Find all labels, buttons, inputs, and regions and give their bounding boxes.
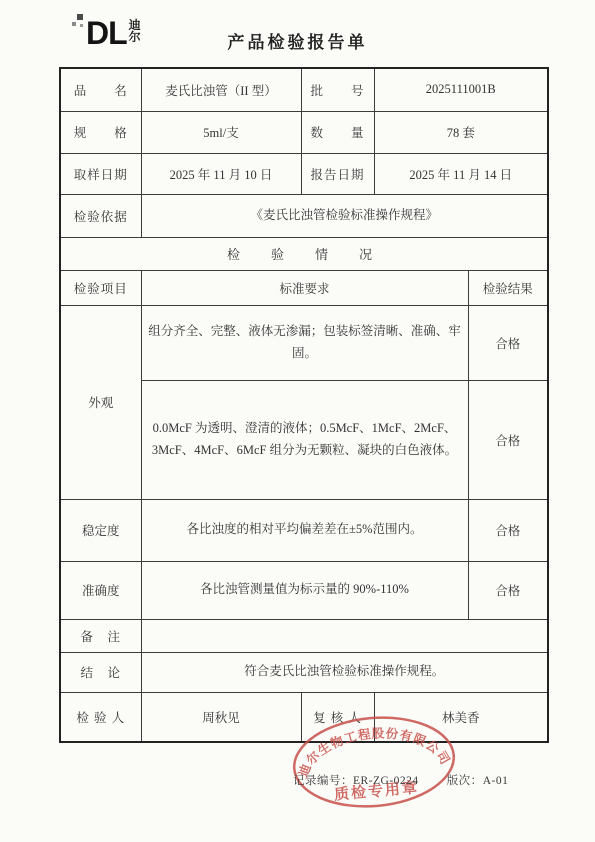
page-title: 产品检验报告单 bbox=[0, 28, 595, 53]
appearance-requirement-1: 组分齐全、完整、液体无渗漏；包装标签清晰、准确、牢固。 bbox=[141, 305, 468, 380]
version-label: 版次： bbox=[447, 775, 483, 787]
spec-value: 5ml/支 bbox=[141, 111, 301, 153]
table-row: 检 验 情 况 bbox=[60, 237, 548, 270]
product-name-label: 品 名 bbox=[60, 68, 141, 111]
table-row: 检验依据 《麦氏比浊管检验标准操作规程》 bbox=[60, 194, 548, 237]
reviewer-label: 复 核 人 bbox=[301, 692, 374, 742]
batch-no-value: 2025111001B bbox=[374, 68, 548, 111]
logo-pixel-square-icon bbox=[77, 14, 83, 20]
basis-value: 《麦氏比浊管检验标准操作规程》 bbox=[141, 194, 548, 237]
report-page: DL 迪 尔 产品检验报告单 品 名 麦氏比浊管（II 型） 批 号 20251… bbox=[0, 0, 595, 842]
accuracy-result: 合格 bbox=[468, 561, 548, 619]
conclusion-value: 符合麦氏比浊管检验标准操作规程。 bbox=[141, 652, 548, 692]
inspector-label: 检 验 人 bbox=[60, 692, 141, 742]
report-table: 品 名 麦氏比浊管（II 型） 批 号 2025111001B 规 格 5ml/… bbox=[59, 67, 549, 743]
table-row: 结 论 符合麦氏比浊管检验标准操作规程。 bbox=[60, 652, 548, 692]
accuracy-requirement: 各比浊管测量值为标示量的 90%-110% bbox=[141, 561, 468, 619]
item-stability-label: 稳定度 bbox=[60, 499, 141, 561]
remarks-value bbox=[141, 619, 548, 652]
stability-requirement: 各比浊度的相对平均偏差差在±5%范围内。 bbox=[141, 499, 468, 561]
item-appearance-label: 外观 bbox=[60, 305, 141, 499]
appearance-result-2: 合格 bbox=[468, 380, 548, 499]
col-header-requirement: 标准要求 bbox=[141, 270, 468, 305]
item-accuracy-label: 准确度 bbox=[60, 561, 141, 619]
table-row: 稳定度 各比浊度的相对平均偏差差在±5%范围内。 合格 bbox=[60, 499, 548, 561]
product-name-value: 麦氏比浊管（II 型） bbox=[141, 68, 301, 111]
section-title: 检 验 情 况 bbox=[60, 237, 548, 270]
report-date-label: 报告日期 bbox=[301, 153, 374, 194]
conclusion-label: 结 论 bbox=[60, 652, 141, 692]
basis-label: 检验依据 bbox=[60, 194, 141, 237]
table-row: 品 名 麦氏比浊管（II 型） 批 号 2025111001B bbox=[60, 68, 548, 111]
logo-pixel-square-icon bbox=[80, 24, 83, 27]
record-no-value: ER-ZG-0224 bbox=[353, 775, 419, 787]
table-row: 检 验 人 周秋见 复 核 人 林美香 bbox=[60, 692, 548, 742]
stability-result: 合格 bbox=[468, 499, 548, 561]
sampling-date-value: 2025 年 11 月 10 日 bbox=[141, 153, 301, 194]
logo-pixel-square-icon bbox=[72, 22, 76, 26]
table-row: 准确度 各比浊管测量值为标示量的 90%-110% 合格 bbox=[60, 561, 548, 619]
batch-no-label: 批 号 bbox=[301, 68, 374, 111]
table-row: 规 格 5ml/支 数 量 78 套 bbox=[60, 111, 548, 153]
footer-record-line: 记录编号：ER-ZG-0224版次：A-01 bbox=[293, 772, 508, 788]
table-row: 备 注 bbox=[60, 619, 548, 652]
col-header-result: 检验结果 bbox=[468, 270, 548, 305]
quantity-value: 78 套 bbox=[374, 111, 548, 153]
remarks-label: 备 注 bbox=[60, 619, 141, 652]
record-no-label: 记录编号： bbox=[293, 775, 353, 787]
table-row: 取样日期 2025 年 11 月 10 日 报告日期 2025 年 11 月 1… bbox=[60, 153, 548, 194]
col-header-item: 检验项目 bbox=[60, 270, 141, 305]
quantity-label: 数 量 bbox=[301, 111, 374, 153]
appearance-result-1: 合格 bbox=[468, 305, 548, 380]
version-value: A-01 bbox=[483, 775, 509, 787]
appearance-requirement-2: 0.0McF 为透明、澄清的液体；0.5McF、1McF、2McF、3McF、4… bbox=[141, 380, 468, 499]
sampling-date-label: 取样日期 bbox=[60, 153, 141, 194]
spec-label: 规 格 bbox=[60, 111, 141, 153]
reviewer-name: 林美香 bbox=[374, 692, 548, 742]
table-row: 外观 组分齐全、完整、液体无渗漏；包装标签清晰、准确、牢固。 合格 bbox=[60, 305, 548, 380]
table-row: 检验项目 标准要求 检验结果 bbox=[60, 270, 548, 305]
inspector-name: 周秋见 bbox=[141, 692, 301, 742]
report-date-value: 2025 年 11 月 14 日 bbox=[374, 153, 548, 194]
